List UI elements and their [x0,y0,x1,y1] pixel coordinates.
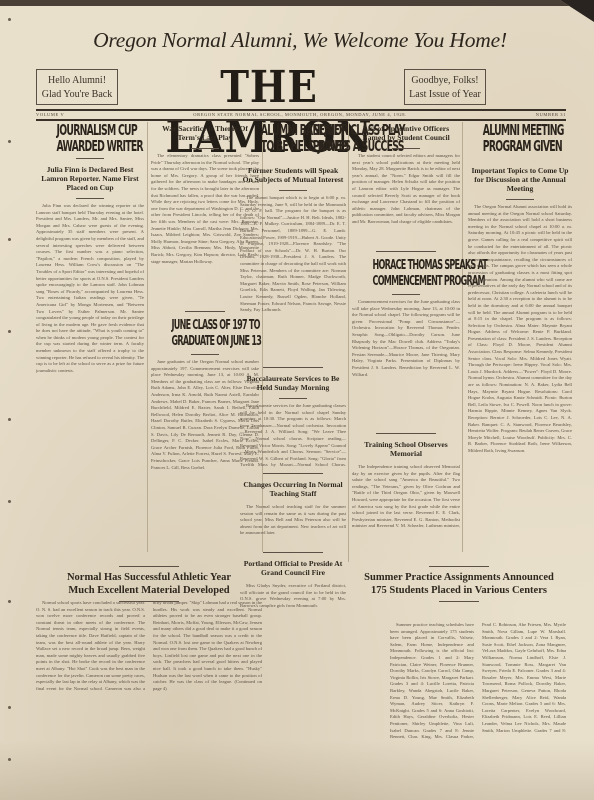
article-banquet-body: Former Students will Speak On Subjects o… [240,160,346,623]
summer-body: Summer practice teaching schedules have … [390,622,566,744]
divider [185,311,225,312]
headline: JOURNALISM CUP [57,122,124,138]
headline: ALUMNI MEETING [483,122,557,138]
summer-headline: Summer Practice Assignments Announced 17… [352,562,566,606]
page-top-edge [0,0,594,6]
volume-label: VOLUME V [36,112,64,117]
column-divider [348,122,349,562]
subhead: Former Students will Speak On Subjects o… [242,166,344,184]
headline: GRADUATE ON JUNE 13 [172,334,239,350]
subhead: Training School Observes Memorial [354,440,458,458]
ear-line: Last Issue of Year [405,88,485,102]
headline: PROGRAM GIVEN [483,138,557,154]
divider [76,198,104,199]
headline: Summer Practice Assignments Announced [352,571,566,584]
ear-line: Hello Alumni! [37,74,117,88]
headline: AWARDED WRITER [57,138,124,154]
divider [279,398,307,399]
article-body: The student council selected editors and… [352,153,460,245]
divider [279,190,307,191]
divider [191,148,219,149]
article-body: Commencement exercises for the June grad… [352,299,460,429]
article-body: Julia Finn was declared the winning repo… [36,203,144,513]
headline: HORACE THOMAS SPEAKS AT [373,258,440,274]
headline: JUNE CLASS OF 197 TO [172,318,239,334]
article-body: The Normal school teaching staff for the… [240,504,346,548]
divider [429,566,489,567]
article-body: The Oregon Normal Alumni association wil… [468,204,572,592]
divider [263,473,323,474]
subhead: Julia Finn is Declared Best Lamron Repor… [38,165,142,192]
headline: Normal Has Successful Athletic Year [36,571,262,584]
headline: COMMENCEMENT PROGRAM [373,274,440,290]
article-journalism-cup: JOURNALISM CUP AWARDED WRITER Julia Finn… [36,122,144,513]
newspaper-page: Oregon Normal Alumni, We Welcome You Hom… [0,0,594,800]
divider [263,367,323,368]
column-divider [462,122,463,552]
divider [439,601,479,602]
welcome-motto: Oregon Normal Alumni, We Welcome You Hom… [30,28,570,53]
athletics-body: Normal school sports have concluded a su… [36,600,262,740]
divider [263,552,323,553]
masthead-rule [36,109,566,111]
divider [76,158,104,159]
subhead: List of Appointive Officers Named by Stu… [354,124,458,142]
article-body: Baccalaureate services for the June grad… [240,403,346,469]
ear-line: Glad You're Back [37,88,117,102]
article-body: The alumni banquet which is to begin at … [240,195,346,363]
article-body: The Independence training school observe… [352,464,460,528]
headline: Much Excellent Material Developed [36,584,262,597]
page-shadow [0,740,594,800]
left-ear-box: Hello Alumni! Glad You're Back [36,69,118,105]
divider [376,433,436,434]
article-officers: List of Appointive Officers Named by Stu… [352,122,460,528]
subhead: Baccalaureate Services to Be Held Sunday… [242,374,344,392]
divider [506,199,534,200]
dateline: VOLUME V OREGON STATE NORMAL SCHOOL, MON… [36,112,566,117]
article-alumni-meeting-body: Important Topics to Come Up for Discussi… [468,160,572,592]
right-ear-box: Goodbye, Folks! Last Issue of Year [404,69,486,105]
divider [392,148,420,149]
divider [376,251,436,252]
divider [191,354,219,355]
issue-number: NUMBER 31 [536,112,566,117]
ear-line: Goodbye, Folks! [405,74,485,88]
subhead: Changes Occurring In Normal Teaching Sta… [242,480,344,498]
column-divider [147,122,148,552]
divider [119,566,179,567]
publication-info: OREGON STATE NORMAL SCHOOL, MONMOUTH, OR… [193,112,407,117]
subhead: Important Topics to Come Up for Discussi… [470,166,570,193]
headline: 175 Students Placed in Various Centers [352,584,566,597]
divider [392,294,420,295]
